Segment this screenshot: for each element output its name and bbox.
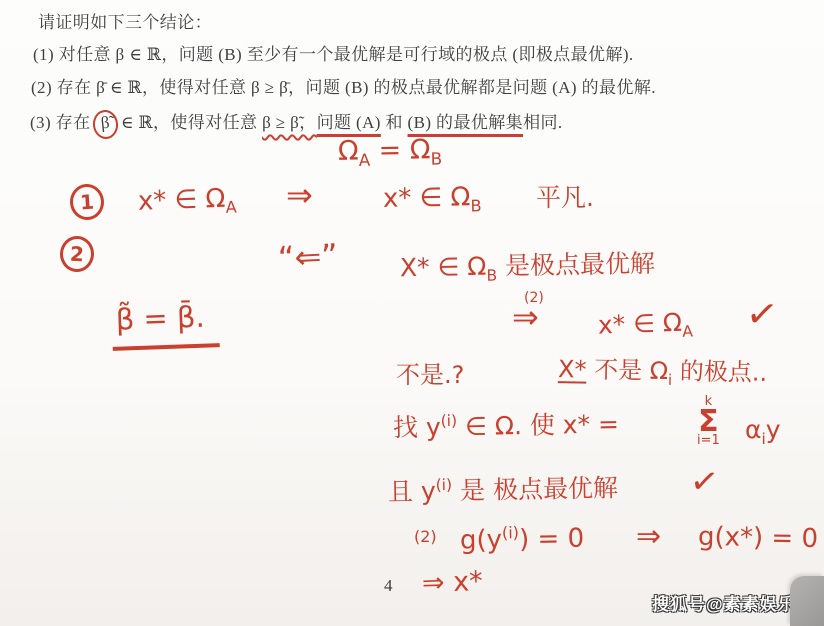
handwritten-step2-conclusion: x* ∈ ΩA (597, 308, 693, 343)
handwritten-summation: k Σ i=1 (697, 396, 720, 446)
sum-lower-limit: i=1 (697, 435, 720, 447)
handwritten-alpha-term: αiy (745, 416, 781, 448)
handwritten-circled-step-1: 1 (69, 183, 105, 221)
printed-item-2: (2) 存在 β̄ ∈ ℝ，使得对任意 β ≥ β̄，问题 (B) 的极点最优解… (31, 73, 656, 98)
checkmark-icon: ✓ (688, 462, 721, 503)
printed-item-3: (3) 存在 β̃ ∈ ℝ，使得对任意 β ≥ β̃，问题 (A) 和 (B) … (30, 108, 563, 139)
handwritten-implies-arrow: ⇒ (636, 520, 661, 553)
sigma-symbol: Σ (698, 408, 719, 435)
handwritten-trivial-note: 平凡. (536, 184, 594, 212)
document-page: 请证明如下三个结论： (1) 对任意 β ∈ ℝ，问题 (B) 至少有一个最优解… (0, 0, 824, 626)
item3-text: 和 (381, 113, 408, 132)
red-underline-annotation-b: (B) 的最优解集 (408, 113, 524, 132)
corner-overlay (790, 576, 824, 626)
handwritten-g-of-x: g(x*) = 0 (698, 523, 819, 554)
handwritten-final-arrow: ⇒ x* (422, 567, 484, 599)
page-number: 4 (384, 576, 393, 596)
handwritten-implies-arrow: ⇒ (512, 300, 539, 335)
handwritten-omega-equality: ΩA = ΩB (338, 135, 443, 170)
handwritten-step1-lhs: x* ∈ ΩA (137, 184, 237, 219)
handwritten-step2-premise: X* ∈ ΩB 是极点最优解 (400, 250, 656, 286)
item3-text: ∈ ℝ，使得对任意 (116, 113, 262, 132)
item3-text: 相同. (523, 113, 562, 132)
watermark: 搜狐号@素素娱乐 (652, 590, 796, 615)
handwritten-beta-equality: β̃ = β̄. (111, 301, 220, 351)
handwritten-implies-arrow: ⇒ (286, 178, 313, 213)
handwritten-question: 不是.? (396, 362, 464, 388)
handwritten-not-extreme-point: X* 不是 Ωi 的极点.. (558, 356, 768, 390)
handwritten-find-y: 找 y(i) ∈ Ω. 使 x* = (393, 410, 619, 442)
handwritten-by-property-2: (2) (414, 528, 437, 546)
checkmark-icon: ✓ (743, 292, 780, 338)
handwritten-circled-step-2: 2 (59, 235, 95, 273)
printed-item-1: (1) 对任意 β ∈ ℝ，问题 (B) 至少有一个最优解是可行域的极点 (即极… (33, 40, 634, 65)
red-underline-annotation-a: 问题 (A) (317, 113, 381, 132)
handwritten-y-is-extreme-optimal: 且 y(i) 是 极点最优解 (388, 474, 619, 506)
handwritten-g-of-y: g(y(i)) = 0 (460, 523, 585, 555)
item3-text: (3) 存在 (30, 113, 95, 132)
printed-intro: 请证明如下三个结论： (38, 8, 212, 33)
handwritten-reverse-implies-arrow: “⇐” (277, 238, 339, 276)
red-wavy-underline-annotation: β ≥ β̃， (262, 113, 317, 132)
handwritten-step1-rhs: x* ∈ ΩB (383, 183, 482, 217)
